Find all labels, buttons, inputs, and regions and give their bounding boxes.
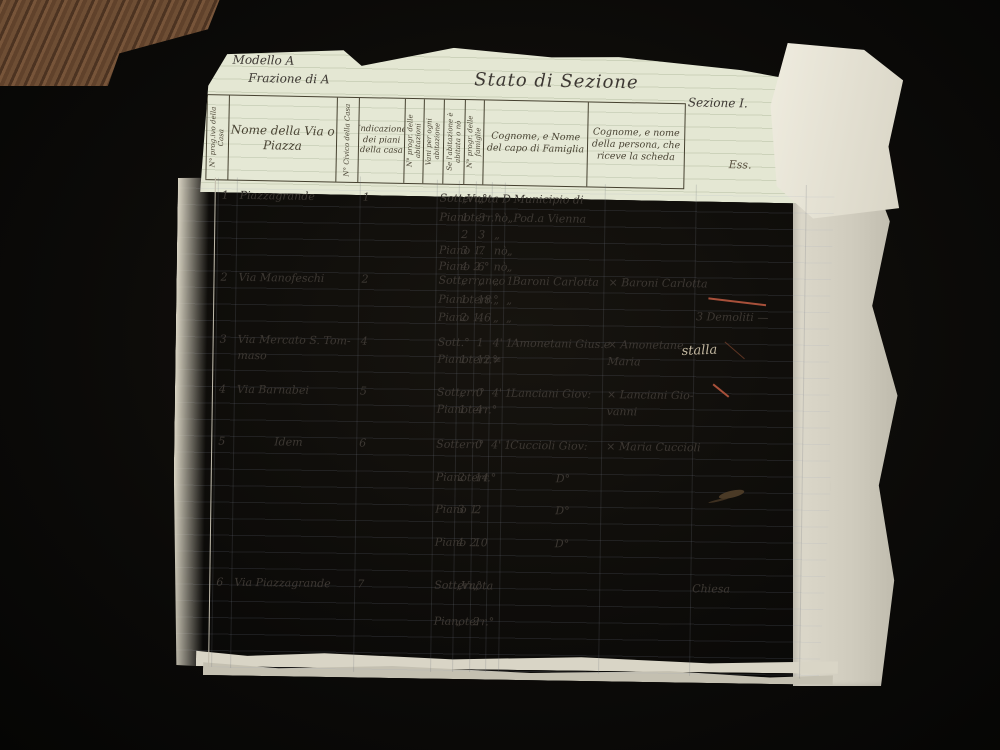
dwellings-count: „: [456, 615, 462, 628]
column-rule: [485, 176, 493, 674]
floor-label: Pianoterr.°: [439, 211, 500, 225]
occupied-status: ≠: [492, 353, 501, 366]
red-check-mark-faint: [724, 341, 745, 359]
house-number: 4: [219, 383, 226, 396]
column-label: N° prog.ivo della Casa: [209, 97, 227, 177]
rooms-count: 3: [478, 228, 485, 241]
occupied-status: nò: [494, 260, 508, 273]
dwellings-count: 3: [461, 244, 468, 257]
column-rule: [689, 179, 697, 677]
floor-label: Pianoterr.°: [434, 615, 495, 629]
column-label: N° Civico della Casa: [343, 103, 352, 176]
families-count: „: [507, 212, 513, 225]
column-header-cell: Se l'abitazione è abitata o nò: [443, 100, 466, 184]
margin-note: Chiesa: [692, 582, 730, 596]
column-header-cell: Nome della Via o Piazza: [228, 96, 338, 182]
rooms-count: 7: [478, 244, 485, 257]
column-header-cell: N° prog.ivo della Casa: [206, 95, 230, 179]
column-label: Cognome, e nome della persona, che ricev…: [588, 127, 685, 164]
card-recipient-name: × Lanciani Gio-: [607, 388, 694, 402]
rooms-count: 3: [478, 211, 485, 224]
occupied-status: „: [493, 274, 499, 287]
street-name: Piazzagrande: [240, 189, 315, 203]
dwellings-count: 1: [460, 293, 467, 306]
street-name: Idem: [274, 435, 303, 448]
dwellings-count: 1: [459, 403, 466, 416]
column-rule: [799, 181, 807, 679]
dwellings-count: „: [460, 274, 466, 287]
occupied-status: „: [494, 228, 500, 241]
dwellings-count: 3: [457, 503, 464, 516]
rooms-count: 46: [477, 311, 491, 324]
head-of-family-name: Amonetani Gius.e: [512, 337, 611, 351]
occupied-status: Vuota D: [467, 192, 511, 206]
dwellings-count: 2: [461, 228, 468, 241]
house-number: 2: [220, 271, 227, 284]
occupied-status: „: [493, 293, 499, 306]
rooms-count: 14: [475, 471, 489, 484]
civic-number: 7: [357, 578, 364, 591]
card-recipient-name: × Maria Cuccioli: [606, 440, 701, 454]
rooms-count: 1: [477, 336, 484, 349]
rooms-count: 4: [476, 403, 483, 416]
page-title: Stato di Sezione: [474, 69, 639, 93]
civic-number: 6: [359, 437, 366, 450]
card-recipient-name: Maria: [607, 355, 640, 368]
floor-label: Sott.°: [438, 336, 470, 349]
rooms-count: 18: [477, 293, 491, 306]
torn-left-margin: [171, 172, 216, 670]
rooms-count: 2: [473, 615, 480, 628]
card-recipient-name: vanni: [607, 405, 638, 418]
head-of-family-name: Cuccioli Giov:: [510, 439, 588, 453]
rooms-count: 10: [474, 536, 488, 549]
house-number: 1: [222, 189, 229, 202]
house-number: 5: [218, 435, 225, 448]
column-label: Vani per ogni abitazione: [425, 101, 443, 181]
card-recipient-name: × Amonetane: [608, 338, 684, 352]
rooms-count: 6: [478, 260, 485, 273]
rooms-count: 12: [476, 353, 490, 366]
head-of-family-name: D°: [555, 504, 570, 517]
column-header-cell: Cognome, e Nome del capo di Famiglia: [483, 100, 589, 186]
modello-label: Modello A: [232, 53, 294, 68]
street-name: Via Piazzagrande: [234, 576, 331, 590]
street-name: Via Mercato S. Tom-: [238, 333, 351, 348]
rooms-count: 2: [474, 503, 481, 516]
dwellings-count: 1: [461, 211, 468, 224]
dwellings-count: 4: [461, 260, 468, 273]
floor-label: Pianoterr.°: [437, 403, 498, 417]
frazione-label: Frazione di A: [248, 71, 330, 87]
column-rule: [430, 176, 438, 674]
dwellings-count: 1: [459, 353, 466, 366]
column-header-cell: Vani per ogni abitazione: [423, 99, 445, 183]
civic-number: 1: [363, 191, 370, 204]
column-header-cell: N° Civico della Casa: [336, 98, 360, 182]
column-header-cell: N° progr. delle abitazioni: [404, 99, 425, 183]
families-count: „: [506, 312, 512, 325]
head-of-family-name: Lanciani Giov:: [511, 387, 591, 401]
dwellings-count: 2: [460, 311, 467, 324]
street-name: maso: [237, 349, 266, 362]
street-name: Via Barnabei: [237, 383, 309, 397]
ink-blot: [718, 488, 745, 501]
head-of-family-name: Baroni Carlotta: [512, 275, 599, 289]
column-header-cell: Indicazione dei piani della casa: [358, 98, 406, 183]
rooms-count: „: [477, 274, 483, 287]
occupied-status: 4': [492, 386, 502, 399]
street-name: Via Manofeschi: [238, 271, 324, 285]
register-main-sheet: 1Piazzagrande1Sotterr.°„„Vuota DMunicipi…: [171, 172, 835, 679]
occupied-status: „: [493, 311, 499, 324]
occupied-status: Vuota: [461, 579, 493, 592]
occupied-status: nò: [494, 244, 508, 257]
column-header-cell: N° progr. delle famiglie: [464, 100, 485, 184]
rooms-count: 0: [476, 386, 483, 399]
occupied-status: nò: [494, 211, 508, 224]
civic-number: 5: [360, 385, 367, 398]
column-label: Indicazione dei piani della casa: [358, 124, 406, 157]
families-count: „: [507, 245, 513, 258]
column-header-cell: Cognome, e nome della persona, che ricev…: [587, 102, 685, 188]
column-label: N° progr. delle famiglie: [465, 102, 483, 182]
head-of-family-name: Municipio di: [514, 193, 584, 207]
margin-note-stalla-pencil: stalla: [681, 343, 717, 359]
column-label: Nome della Via o Piazza: [229, 123, 337, 155]
house-number: 6: [216, 576, 223, 589]
head-of-family-name: D°: [556, 472, 571, 485]
dwellings-count: 4: [457, 536, 464, 549]
families-count: „: [507, 261, 513, 274]
head-of-family-name: D°: [555, 537, 570, 550]
torn-note-ess: Ess.: [729, 158, 752, 171]
column-header-row: N° prog.ivo della Casa Nome della Via o …: [205, 94, 686, 189]
margin-note-demoliti: 3 Demoliti —: [696, 310, 769, 324]
card-recipient-name: × Baroni Carlotta: [608, 276, 707, 290]
sezione-label: Sezione I.: [688, 95, 748, 110]
civic-number: 4: [361, 335, 368, 348]
column-rule: [230, 173, 238, 671]
dwellings-count: 2: [458, 471, 465, 484]
column-label: N° progr. delle abitazioni: [405, 101, 423, 181]
column-label: Se l'abitazione è abitata o nò: [445, 102, 463, 182]
rooms-count: 0: [475, 438, 482, 451]
dwellings-count: „: [459, 386, 465, 399]
column-rule: [353, 175, 361, 673]
civic-number: 2: [361, 273, 368, 286]
column-rule: [598, 178, 606, 676]
red-check-mark: [713, 384, 730, 398]
photo-backdrop: Modello A Frazione di A Stato di Sezione…: [0, 0, 1000, 750]
families-count: „: [506, 294, 512, 307]
red-check-underline: [708, 297, 766, 305]
column-label: Cognome, e Nome del capo di Famiglia: [484, 131, 587, 157]
occupied-status: 4': [493, 336, 503, 349]
head-of-family-name: Pod.a Vienna: [513, 212, 586, 226]
occupied-status: 4': [491, 438, 501, 451]
house-number: 3: [220, 333, 227, 346]
